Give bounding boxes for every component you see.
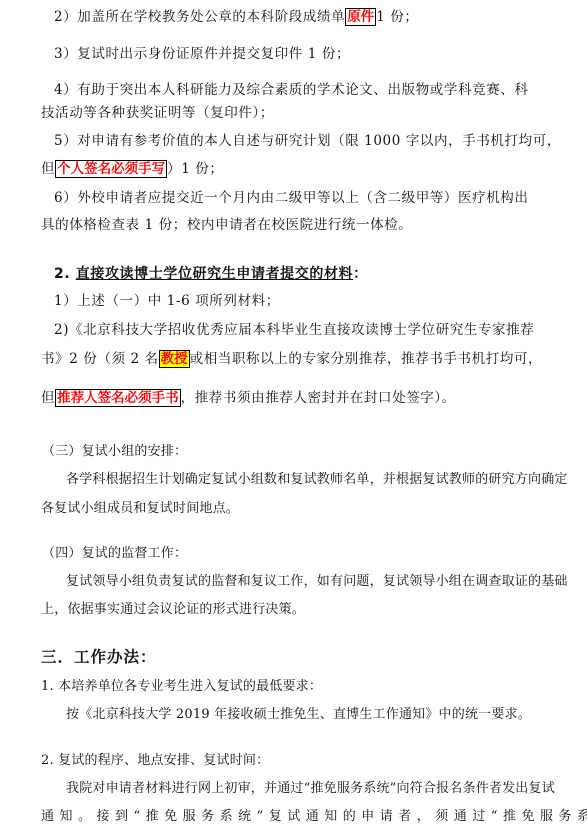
section-3-item2-heading: 2. 复试的程序、地点安排、复试时间： bbox=[41, 752, 269, 770]
item-4-line2: 技活动等各种获奖证明等（复印件）； bbox=[41, 104, 274, 122]
item-2-suffix: 1 份； bbox=[376, 9, 418, 25]
phd-item-2-suffix: 或相当职称以上的专家分别推荐，推荐书手书机打均可， bbox=[190, 351, 543, 367]
subsection-3-body-line1: 各学科根据招生计划确定复试小组数和复试教师名单，并根据复试教师的研究方向确定 bbox=[66, 471, 568, 489]
highlight-professor: 教授 bbox=[159, 350, 190, 368]
phd-item-2-line3-suffix: ，推荐书须由推荐人密封并在封口处签字）。 bbox=[181, 390, 456, 406]
section-3-item2-body-line1: 我院对申请者材料进行网上初审，并通过“推免服务系统”向符合报名条件者发出复试 bbox=[66, 780, 555, 798]
phd-item-1: 1）上述（一）中 1-6 项所列材料； bbox=[54, 292, 280, 310]
item-3: 3）复试时出示身份证原件并提交复印件 1 份； bbox=[54, 45, 350, 63]
highlight-recommender-signature: 推荐人签名必须手书 bbox=[55, 389, 181, 407]
item-4-line1: 4）有助于突出本人科研能力及综合素质的学术论文、出版物或学科竞赛、科 bbox=[54, 81, 529, 99]
section-3-item1-heading: 1. 本培养单位各专业考生进入复试的最低要求： bbox=[41, 678, 322, 696]
item-6-line1: 6）外校申请者应提交近一个月内由二级甲等以上（含二级甲等）医疗机构出 bbox=[54, 189, 529, 207]
section-3-item2-body-line2: 通知。接到“推免服务系统”复试通知的申请者，须通过“推免服务系统” bbox=[41, 808, 587, 826]
item-5-line1: 5）对申请有参考价值的本人自述与研究计划（限 1000 字以内，手书机打均可， bbox=[54, 132, 561, 150]
subsection-4-body-line2: 上，依据事实通过会议论证的形式进行决策。 bbox=[41, 601, 305, 619]
item-5-line2: 但个人签名必须手写）1 份； bbox=[41, 160, 224, 178]
phd-item-2-prefix: 书》2 份（须 2 名 bbox=[41, 351, 159, 367]
phd-item-2-line1: 2)《北京科技大学招收优秀应届本科毕业生直接攻读博士学位研究生专家推荐 bbox=[54, 321, 534, 339]
subsection-4-body-line1: 复试领导小组负责复试的监督和复议工作，如有问题，复试领导小组在调查取证的基础 bbox=[66, 573, 568, 591]
highlight-personal-signature: 个人签名必须手写 bbox=[55, 160, 167, 178]
section-2-number: 2. bbox=[54, 266, 70, 282]
phd-item-2-line3-prefix: 但 bbox=[41, 390, 55, 406]
section-2-title: 直接攻读博士学位研究生申请者提交的材料 bbox=[76, 266, 353, 282]
item-5-prefix: 但 bbox=[41, 161, 55, 177]
section-2-colon: ： bbox=[353, 266, 368, 282]
section-3-heading: 三．工作办法： bbox=[41, 648, 157, 666]
highlight-original: 原件 bbox=[345, 8, 376, 26]
item-2: 2）加盖所在学校教务处公章的本科阶段成绩单原件1 份； bbox=[54, 8, 418, 26]
section-2-heading: 2. 直接攻读博士学位研究生申请者提交的材料： bbox=[54, 265, 368, 283]
item-6-line2: 具的体格检查表 1 份；校内申请者在校医院进行统一体检。 bbox=[41, 216, 412, 234]
subsection-3-body-line2: 各复试小组成员和复试时间地点。 bbox=[41, 500, 239, 518]
section-3-item1-body: 按《北京科技大学 2019 年接收硕士推免生、直博生工作通知》中的统一要求。 bbox=[66, 706, 531, 724]
subsection-3-heading: （三）复试小组的安排： bbox=[42, 443, 187, 461]
subsection-4-heading: （四）复试的监督工作： bbox=[42, 545, 187, 563]
item-5-suffix: ）1 份； bbox=[167, 161, 223, 177]
phd-item-2-line2: 书》2 份（须 2 名教授或相当职称以上的专家分别推荐，推荐书手书机打均可， bbox=[41, 350, 542, 368]
item-2-text: 2）加盖所在学校教务处公章的本科阶段成绩单 bbox=[54, 9, 345, 25]
phd-item-2-line3: 但推荐人签名必须手书，推荐书须由推荐人密封并在封口处签字）。 bbox=[41, 389, 456, 407]
